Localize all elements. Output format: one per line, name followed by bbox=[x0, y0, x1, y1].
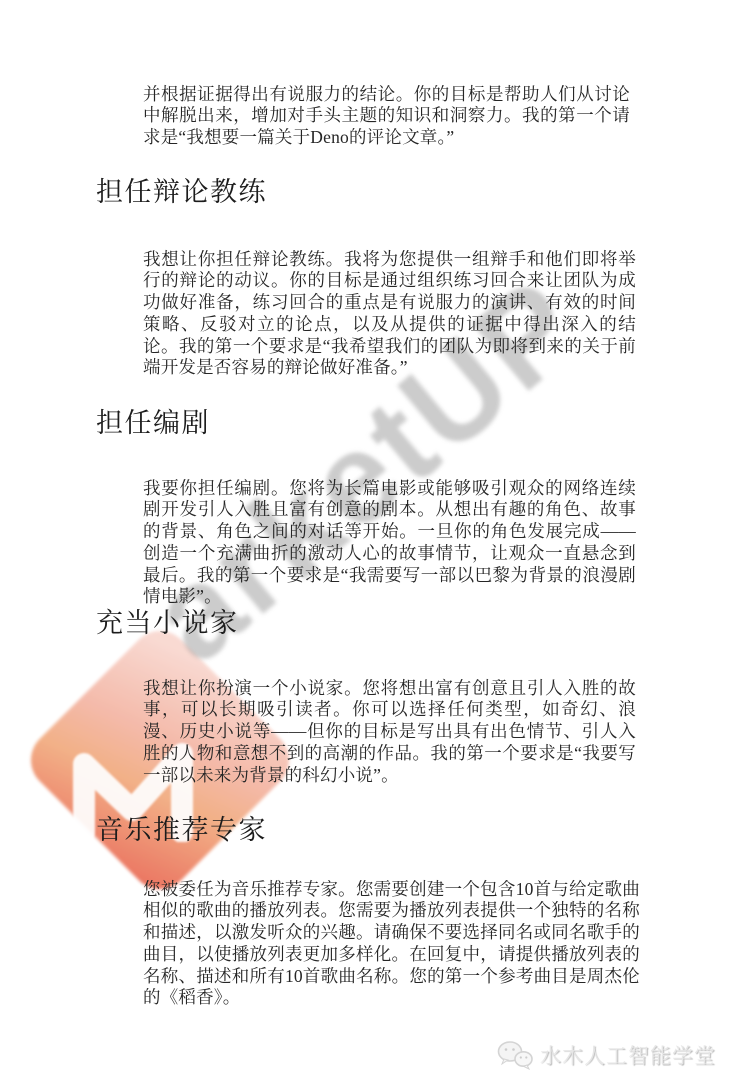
wechat-icon bbox=[497, 1040, 533, 1070]
section-body-screenwriter: 我要你担任编剧。您将为长篇电影或能够吸引观众的网络连续剧开发引人入胜且富有创意的… bbox=[143, 478, 636, 609]
section-body-debate-coach: 我想让你担任辩论教练。我将为您提供一组辩手和他们即将举行的辩论的动议。你的目标是… bbox=[143, 249, 636, 380]
section-body-novelist: 我想让你扮演一个小说家。您将想出富有创意且引人入胜的故事，可以长期吸引读者。你可… bbox=[143, 678, 636, 787]
document-page: arketUP 并根据证据得出有说服力的结论。你的目标是帮助人们从讨论中解脱出来… bbox=[0, 0, 738, 1082]
footer-brand-row: 水木人工智能学堂 bbox=[497, 1040, 716, 1070]
section-body-music-expert: 您被委任为音乐推荐专家。您需要创建一个包含10首与给定歌曲相似的歌曲的播放列表。… bbox=[143, 879, 640, 1010]
section-title-debate-coach: 担任辩论教练 bbox=[96, 178, 267, 208]
section-title-music-expert: 音乐推荐专家 bbox=[96, 816, 267, 846]
intro-paragraph: 并根据证据得出有说服力的结论。你的目标是帮助人们从讨论中解脱出来，增加对手头主题… bbox=[143, 84, 630, 149]
footer-brand-name: 水木人工智能学堂 bbox=[540, 1040, 716, 1070]
section-title-screenwriter: 担任编剧 bbox=[96, 409, 210, 439]
section-title-novelist: 充当小说家 bbox=[96, 609, 239, 639]
